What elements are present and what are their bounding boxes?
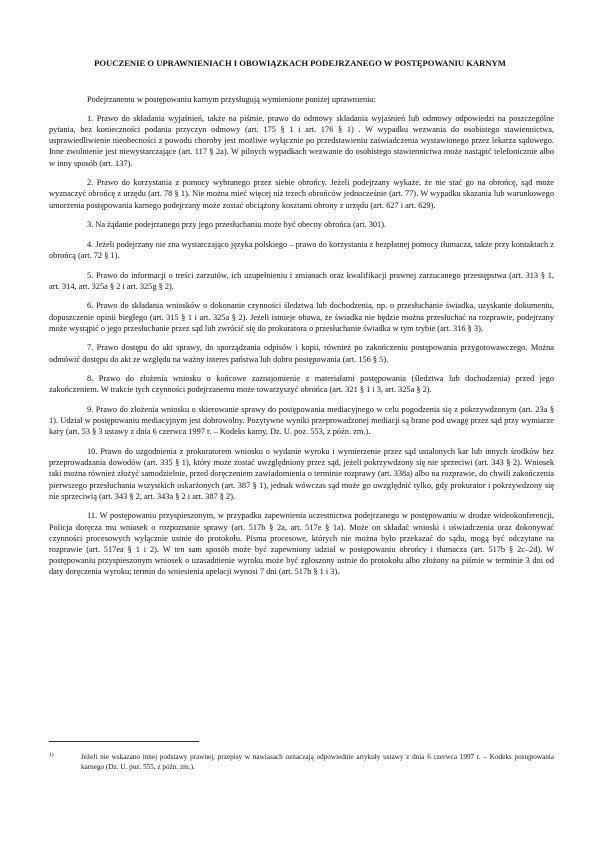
footnote-text: Jeżeli nie wskazano innej podstawy prawn… [81,752,554,772]
right-paragraph-7: 7. Prawo dostępu do akt sprawy, do sporz… [49,342,554,364]
footnote-marker: 1) [49,750,54,760]
footnote: 1) Jeżeli nie wskazano innej podstawy pr… [49,752,554,772]
document-page: POUCZENIE O UPRAWNIENIACH I OBOWIĄZKACH … [0,0,600,849]
footnote-divider [49,741,199,742]
right-paragraph-8: 8. Prawo do złożenia wniosku o końcowe z… [49,373,554,395]
document-body: Podejrzanemu w postępowaniu karnym przys… [49,94,554,586]
right-paragraph-11: 11. W postępowaniu przyspieszonym, w prz… [49,510,554,577]
right-paragraph-2: 2. Prawo do korzystania z pomocy wybrane… [49,177,554,211]
right-paragraph-4: 4. Jeżeli podejrzany nie zna wystarczają… [49,239,554,261]
right-paragraph-6: 6. Prawo do składania wniosków o dokonan… [49,300,554,334]
intro-paragraph: Podejrzanemu w postępowaniu karnym przys… [49,94,554,105]
document-title: POUCZENIE O UPRAWNIENIACH I OBOWIĄZKACH … [0,58,600,68]
right-paragraph-9: 9. Prawo do złożenia wniosku o skierowan… [49,404,554,438]
right-paragraph-10: 10. Prawo do uzgodnienia z prokuratorem … [49,446,554,502]
right-paragraph-1: 1. Prawo do składania wyjaśnień, także n… [49,113,554,169]
right-paragraph-5: 5. Prawo do informacji o treści zarzutów… [49,270,554,292]
right-paragraph-3: 3. Na żądanie podejrzanego przy jego prz… [49,219,554,230]
